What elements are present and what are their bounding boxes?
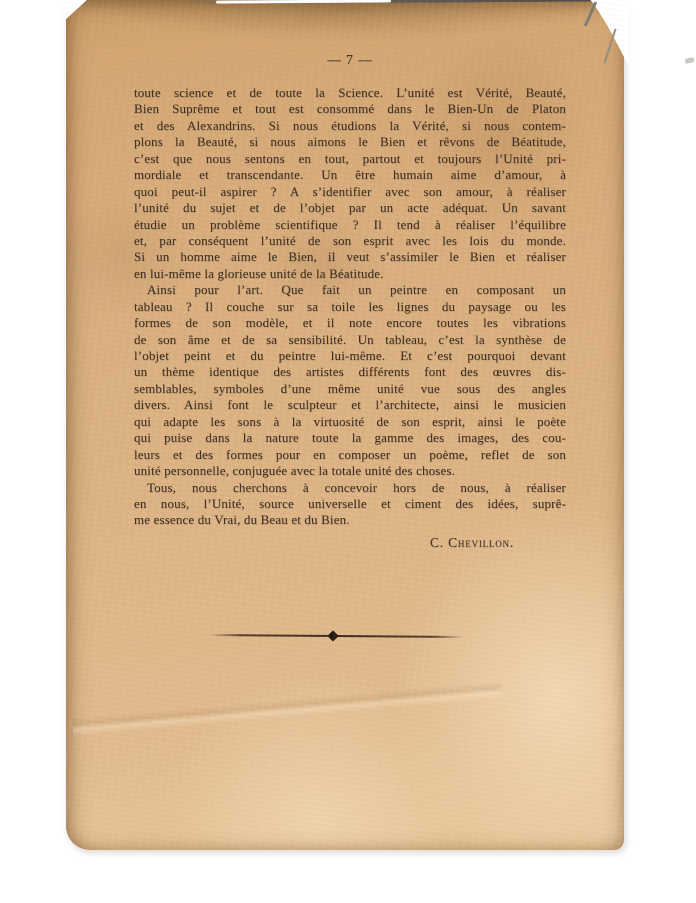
text-line: plons la Beauté, si nous aimons le Bien …: [134, 134, 566, 150]
torn-corner-top-right: [573, 0, 629, 67]
page-number: — 7 —: [134, 51, 566, 68]
tear-shadow-mark: [584, 2, 597, 27]
text-line: Si un homme aime le Bien, il veut s’assi…: [134, 249, 566, 265]
text-line: formes de son modèle, et il note encore …: [134, 315, 566, 331]
text-line: l’objet peint et du peintre lui-même. Et…: [134, 348, 566, 364]
diamond-icon: [327, 630, 338, 641]
paper-crease: [71, 677, 502, 737]
text-line: semblables, symboles d’une même unité vu…: [134, 381, 566, 397]
text-line: unité personnelle, conjuguée avec la tot…: [134, 463, 566, 479]
text-line: tableau ? Il couche sur sa toile les lig…: [134, 299, 566, 315]
signature: C. Chevillon.: [134, 535, 566, 551]
text-line: c’est que nous sentons en tout, partout …: [134, 151, 566, 167]
text-line: étudie un problème scientifique ? Il ten…: [134, 217, 566, 233]
worn-corner-top-left: [64, 0, 88, 21]
text-line: leurs et des formes pour en composer un …: [134, 447, 566, 463]
text-line: divers. Ainsi font le sculpteur et l’arc…: [134, 397, 566, 413]
divider-ornament: [210, 630, 463, 641]
text-line: en lui-même la glorieuse unité de la Béa…: [134, 266, 566, 282]
scanned-book-page: — 7 — toute science et de toute la Scien…: [66, 0, 624, 850]
tear-shadow-mark: [603, 29, 616, 64]
text-line: l’unité du sujet et de l’objet par un ac…: [134, 200, 566, 216]
text-line: qui adapte les sons à la virtuosité de s…: [134, 414, 566, 430]
paragraph: Tous, nous cherchons à concevoir hors de…: [134, 480, 566, 529]
text-line: de son âme et de sa sensibilité. Un tabl…: [134, 332, 566, 348]
text-line: quoi peut-il aspirer ? A s’identifier av…: [134, 184, 566, 200]
scan-artifact-speck: [685, 57, 695, 64]
text-line: Ainsi pour l’art. Que fait un peintre en…: [134, 282, 566, 298]
text-line: mordiale et transcendante. Un être humai…: [134, 167, 566, 183]
text-line: me essence du Vrai, du Beau et du Bien.: [134, 512, 566, 528]
text-line: Tous, nous cherchons à concevoir hors de…: [134, 480, 566, 496]
body-text: toute science et de toute la Science. L’…: [134, 85, 566, 529]
paragraph: toute science et de toute la Science. L’…: [134, 85, 566, 282]
text-block: — 7 — toute science et de toute la Scien…: [134, 51, 566, 551]
text-line: en nous, l’Unité, source universelle et …: [134, 496, 566, 512]
text-line: qui puise dans la nature toute la gamme …: [134, 430, 566, 446]
text-line: Bien Suprême et tout est consommé dans l…: [134, 101, 566, 117]
text-line: et, par conséquent l’unité de son esprit…: [134, 233, 566, 249]
text-line: un thème identique des artistes différen…: [134, 364, 566, 380]
text-line: toute science et de toute la Science. L’…: [134, 85, 566, 101]
paragraph: Ainsi pour l’art. Que fait un peintre en…: [134, 282, 566, 479]
text-line: et des Alexandrins. Si nous étudions la …: [134, 118, 566, 134]
